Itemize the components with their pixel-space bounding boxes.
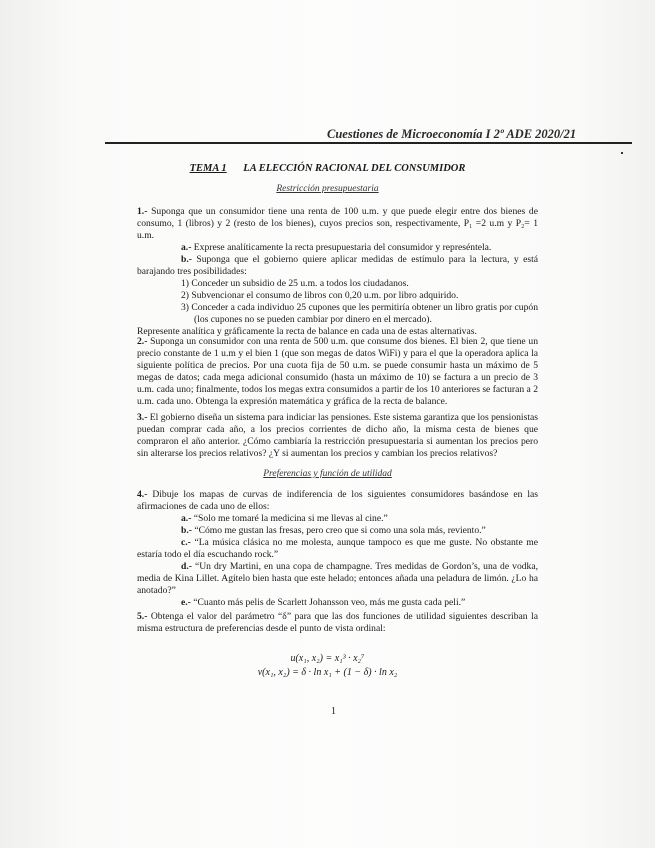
section-heading-budget: Restricción presupuestaria <box>0 184 655 194</box>
question-1-a: a.- Exprese analíticamente la recta pres… <box>137 242 538 254</box>
question-1-option-2: 2) Subvencionar el consumo de libros con… <box>137 290 538 302</box>
course-header: Cuestiones de Microeconomía I 2º ADE 202… <box>327 127 627 142</box>
question-1: 1.- Suponga que un consumidor tiene una … <box>137 206 538 338</box>
question-4-a: a.- “Solo me tomaré la medicina si me ll… <box>137 513 538 525</box>
question-4-e: e.- “Cuanto más pelis de Scarlett Johans… <box>137 597 538 609</box>
topic-name: LA ELECCIÓN RACIONAL DEL CONSUMIDOR <box>243 163 465 174</box>
question-4: 4.- Dibuje los mapas de curvas de indife… <box>137 489 538 609</box>
utility-equation-v: v(x₁, x₂) = δ · ln x₁ + (1 − δ) · ln x₂ <box>0 666 655 680</box>
question-5: 5.- Obtenga el valor del parámetro “δ” p… <box>137 611 538 635</box>
question-3: 3.- El gobierno diseña un sistema para i… <box>137 412 538 460</box>
header-rule <box>105 142 632 144</box>
question-1-option-3: 3) Conceder a cada individuo 25 cupones … <box>137 302 538 326</box>
section-heading-preferences: Preferencias y función de utilidad <box>0 469 655 479</box>
utility-equation-u: u(x₁, x₂) = x₁³ · x₂⁷ <box>0 652 655 666</box>
question-1-option-1: 1) Conceder un subsidio de 25 u.m. a tod… <box>137 278 538 290</box>
question-4-d: d.- “Un dry Martini, en una copa de cham… <box>137 561 538 597</box>
question-4-c: c.- “La música clásica no me molesta, au… <box>137 537 538 561</box>
scanned-page: Cuestiones de Microeconomía I 2º ADE 202… <box>0 0 655 848</box>
question-2: 2.- Suponga un consumidor con una renta … <box>137 336 538 408</box>
scan-speck <box>621 152 623 154</box>
question-1-b: b.- Suponga que el gobierno quiere aplic… <box>137 254 538 278</box>
question-4-intro: 4.- Dibuje los mapas de curvas de indife… <box>137 489 538 512</box>
question-4-b: b.- “Cómo me gustan las fresas, pero cre… <box>137 525 538 537</box>
page-number: 1 <box>331 706 336 717</box>
topic-number: TEMA 1 <box>190 163 227 174</box>
topic-title: TEMA 1 LA ELECCIÓN RACIONAL DEL CONSUMID… <box>0 163 655 174</box>
question-1-intro: 1.- Suponga que un consumidor tiene una … <box>137 206 538 241</box>
